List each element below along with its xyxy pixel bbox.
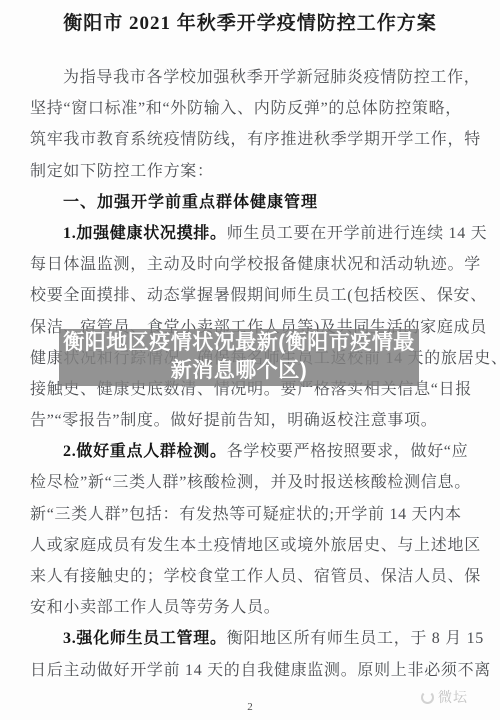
text-line: 1.加强健康状况摸排。师生员工要在开学前进行连续 14 天	[30, 218, 482, 249]
body-text: 人或家庭成员有发生本土疫情地区或境外旅居史、与上述地区	[30, 537, 481, 554]
bold-lead-text: 2.做好重点人群检测。	[63, 443, 227, 460]
bold-lead-text: 一、加强开学前重点群体健康管理	[63, 194, 318, 211]
body-text: 告”“零报告”制度。做好提前告知，明确返校注意事项。	[30, 412, 438, 429]
body-text: 衡阳地区所有师生员工，于 8 月 15	[227, 630, 484, 647]
text-line: 校要全面摸排、动态掌握暑假期间师生员工(包括校医、保安、	[30, 280, 482, 311]
body-text: 校要全面摸排、动态掌握暑假期间师生员工(包括校医、保安、	[30, 287, 487, 304]
text-line: 一、加强开学前重点群体健康管理	[30, 187, 482, 218]
text-line: 检尽检”新“三类人群”核酸检测，并及时报送核酸检测信息。	[30, 467, 482, 498]
body-text: 师生员工要在开学前进行连续 14 天	[227, 225, 488, 242]
body-text: 日后主动做好开学前 14 天的自我健康监测。原则上非必须不离	[30, 662, 491, 679]
text-line: 2.做好重点人群检测。各学校要严格按照要求，做好“应	[30, 436, 482, 467]
text-line: 告”“零报告”制度。做好提前告知，明确返校注意事项。	[30, 405, 482, 436]
text-line: 制定如下防控工作方案：	[30, 156, 482, 187]
body-text: 每日体温监测，主动及时向学校报备健康状况和活动轨迹。学	[30, 256, 481, 273]
text-line: 3.强化师生员工管理。衡阳地区所有师生员工，于 8 月 15	[30, 623, 482, 654]
text-line: 新“三类人群”包括：有发热等可疑症状的;开学前 14 天内本	[30, 499, 482, 530]
document-page: 衡阳市 2021 年秋季开学疫情防控工作方案 为指导我市各学校加强秋季开学新冠肺…	[0, 0, 500, 720]
text-line: 安和小卖部工作人员等劳务人员。	[30, 592, 482, 623]
headline-overlay-line2: 新消息哪个区)	[59, 357, 419, 385]
text-line: 为指导我市各学校加强秋季开学新冠肺炎疫情防控工作，	[30, 62, 482, 93]
document-title: 衡阳市 2021 年秋季开学疫情防控工作方案	[0, 8, 500, 35]
headline-overlay: 衡阳地区疫情状况最新(衡阳市疫情最 新消息哪个区)	[59, 329, 419, 386]
body-text: 安和小卖部工作人员等劳务人员。	[30, 599, 281, 616]
body-text: 检尽检”新“三类人群”核酸检测，并及时报送核酸检测信息。	[30, 474, 471, 491]
text-line: 每日体温监测，主动及时向学校报备健康状况和活动轨迹。学	[30, 249, 482, 280]
text-line: 人或家庭成员有发生本土疫情地区或境外旅居史、与上述地区	[30, 530, 482, 561]
body-text: 为指导我市各学校加强秋季开学新冠肺炎疫情防控工作，	[63, 69, 481, 86]
body-text: 来人有接触史的；学校食堂工作人员、宿管员、保洁人员、保	[30, 568, 481, 585]
headline-overlay-line1: 衡阳地区疫情状况最新(衡阳市疫情最	[59, 329, 419, 357]
bold-lead-text: 3.强化师生员工管理。	[63, 630, 227, 647]
body-text: 制定如下防控工作方案：	[30, 163, 214, 180]
body-text: 筑牢我市教育系统疫情防线，有序推进秋季学期开学工作，特	[30, 131, 481, 148]
text-line: 坚持“窗口标准”和“外防输入、内防反弹”的总体防控策略，	[30, 93, 482, 124]
bold-lead-text: 1.加强健康状况摸排。	[63, 225, 227, 242]
text-line: 来人有接触史的；学校食堂工作人员、宿管员、保洁人员、保	[30, 561, 482, 592]
text-line: 日后主动做好开学前 14 天的自我健康监测。原则上非必须不离	[30, 655, 482, 686]
page-number: 2	[0, 701, 500, 713]
body-text: 坚持“窗口标准”和“外防输入、内防反弹”的总体防控策略，	[30, 100, 462, 117]
text-line: 筑牢我市教育系统疫情防线，有序推进秋季学期开学工作，特	[30, 124, 482, 155]
body-text: 新“三类人群”包括：有发热等可疑症状的;开学前 14 天内本	[30, 506, 462, 523]
body-text: 各学校要严格按照要求，做好“应	[227, 443, 469, 460]
